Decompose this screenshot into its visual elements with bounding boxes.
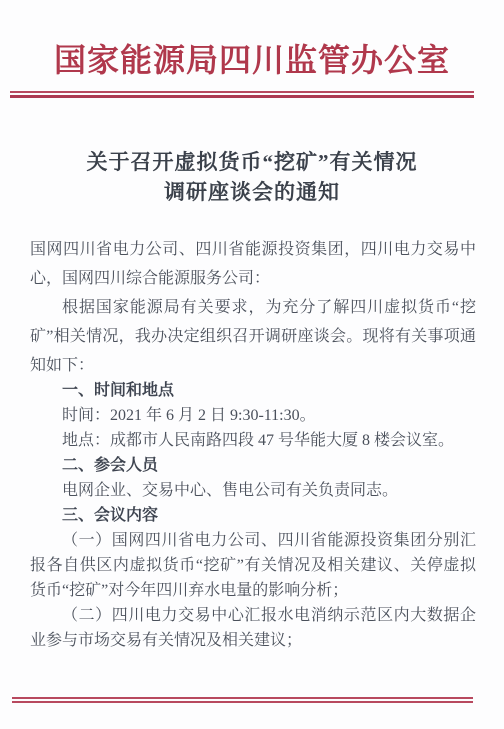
section-heading-agenda: 三、会议内容	[30, 503, 476, 528]
intro-paragraph: 根据国家能源局有关要求，为充分了解四川虚拟货币“挖矿”相关情况，我办决定组织召开…	[30, 293, 476, 380]
meeting-location-paragraph: 地点：成都市人民南路四段 47 号华能大厦 8 楼会议室。	[30, 428, 476, 453]
footer-divider-bottom-line	[12, 701, 473, 703]
agenda-item-1-paragraph: （一）国网四川省电力公司、四川省能源投资集团分别汇报各自供区内虚拟货币“挖矿”有…	[30, 528, 476, 603]
agenda-item-2-paragraph: （二）四川电力交易中心汇报水电消纳示范区内大数据企业参与市场交易有关情况及相关建…	[30, 603, 476, 653]
letterhead-org-name: 国家能源局四川监管办公室	[0, 0, 504, 84]
footer-divider	[12, 697, 473, 703]
document-page: 国家能源局四川监管办公室 关于召开虚拟货币“挖矿”有关情况 调研座谈会的通知 国…	[0, 0, 504, 729]
letterhead-divider-bottom-line	[10, 95, 474, 98]
document-title: 关于召开虚拟货币“挖矿”有关情况 调研座谈会的通知	[0, 147, 504, 207]
document-title-line-1: 关于召开虚拟货币“挖矿”有关情况	[0, 147, 504, 177]
document-body: 国网四川省电力公司、四川省能源投资集团，四川电力交易中心，国网四川综合能源服务公…	[30, 235, 476, 653]
section-heading-participants: 二、参会人员	[30, 453, 476, 478]
document-title-line-2: 调研座谈会的通知	[0, 177, 504, 207]
letterhead-divider	[10, 91, 474, 98]
sections-block: 一、时间和地点 时间：2021 年 6 月 2 日 9:30-11:30。 地点…	[30, 378, 476, 653]
section-heading-time-location: 一、时间和地点	[30, 378, 476, 403]
salutation-paragraph: 国网四川省电力公司、四川省能源投资集团，四川电力交易中心，国网四川综合能源服务公…	[30, 235, 476, 293]
intro-block: 国网四川省电力公司、四川省能源投资集团，四川电力交易中心，国网四川综合能源服务公…	[30, 235, 476, 380]
meeting-time-paragraph: 时间：2021 年 6 月 2 日 9:30-11:30。	[30, 403, 476, 428]
participants-paragraph: 电网企业、交易中心、售电公司有关负责同志。	[30, 478, 476, 503]
